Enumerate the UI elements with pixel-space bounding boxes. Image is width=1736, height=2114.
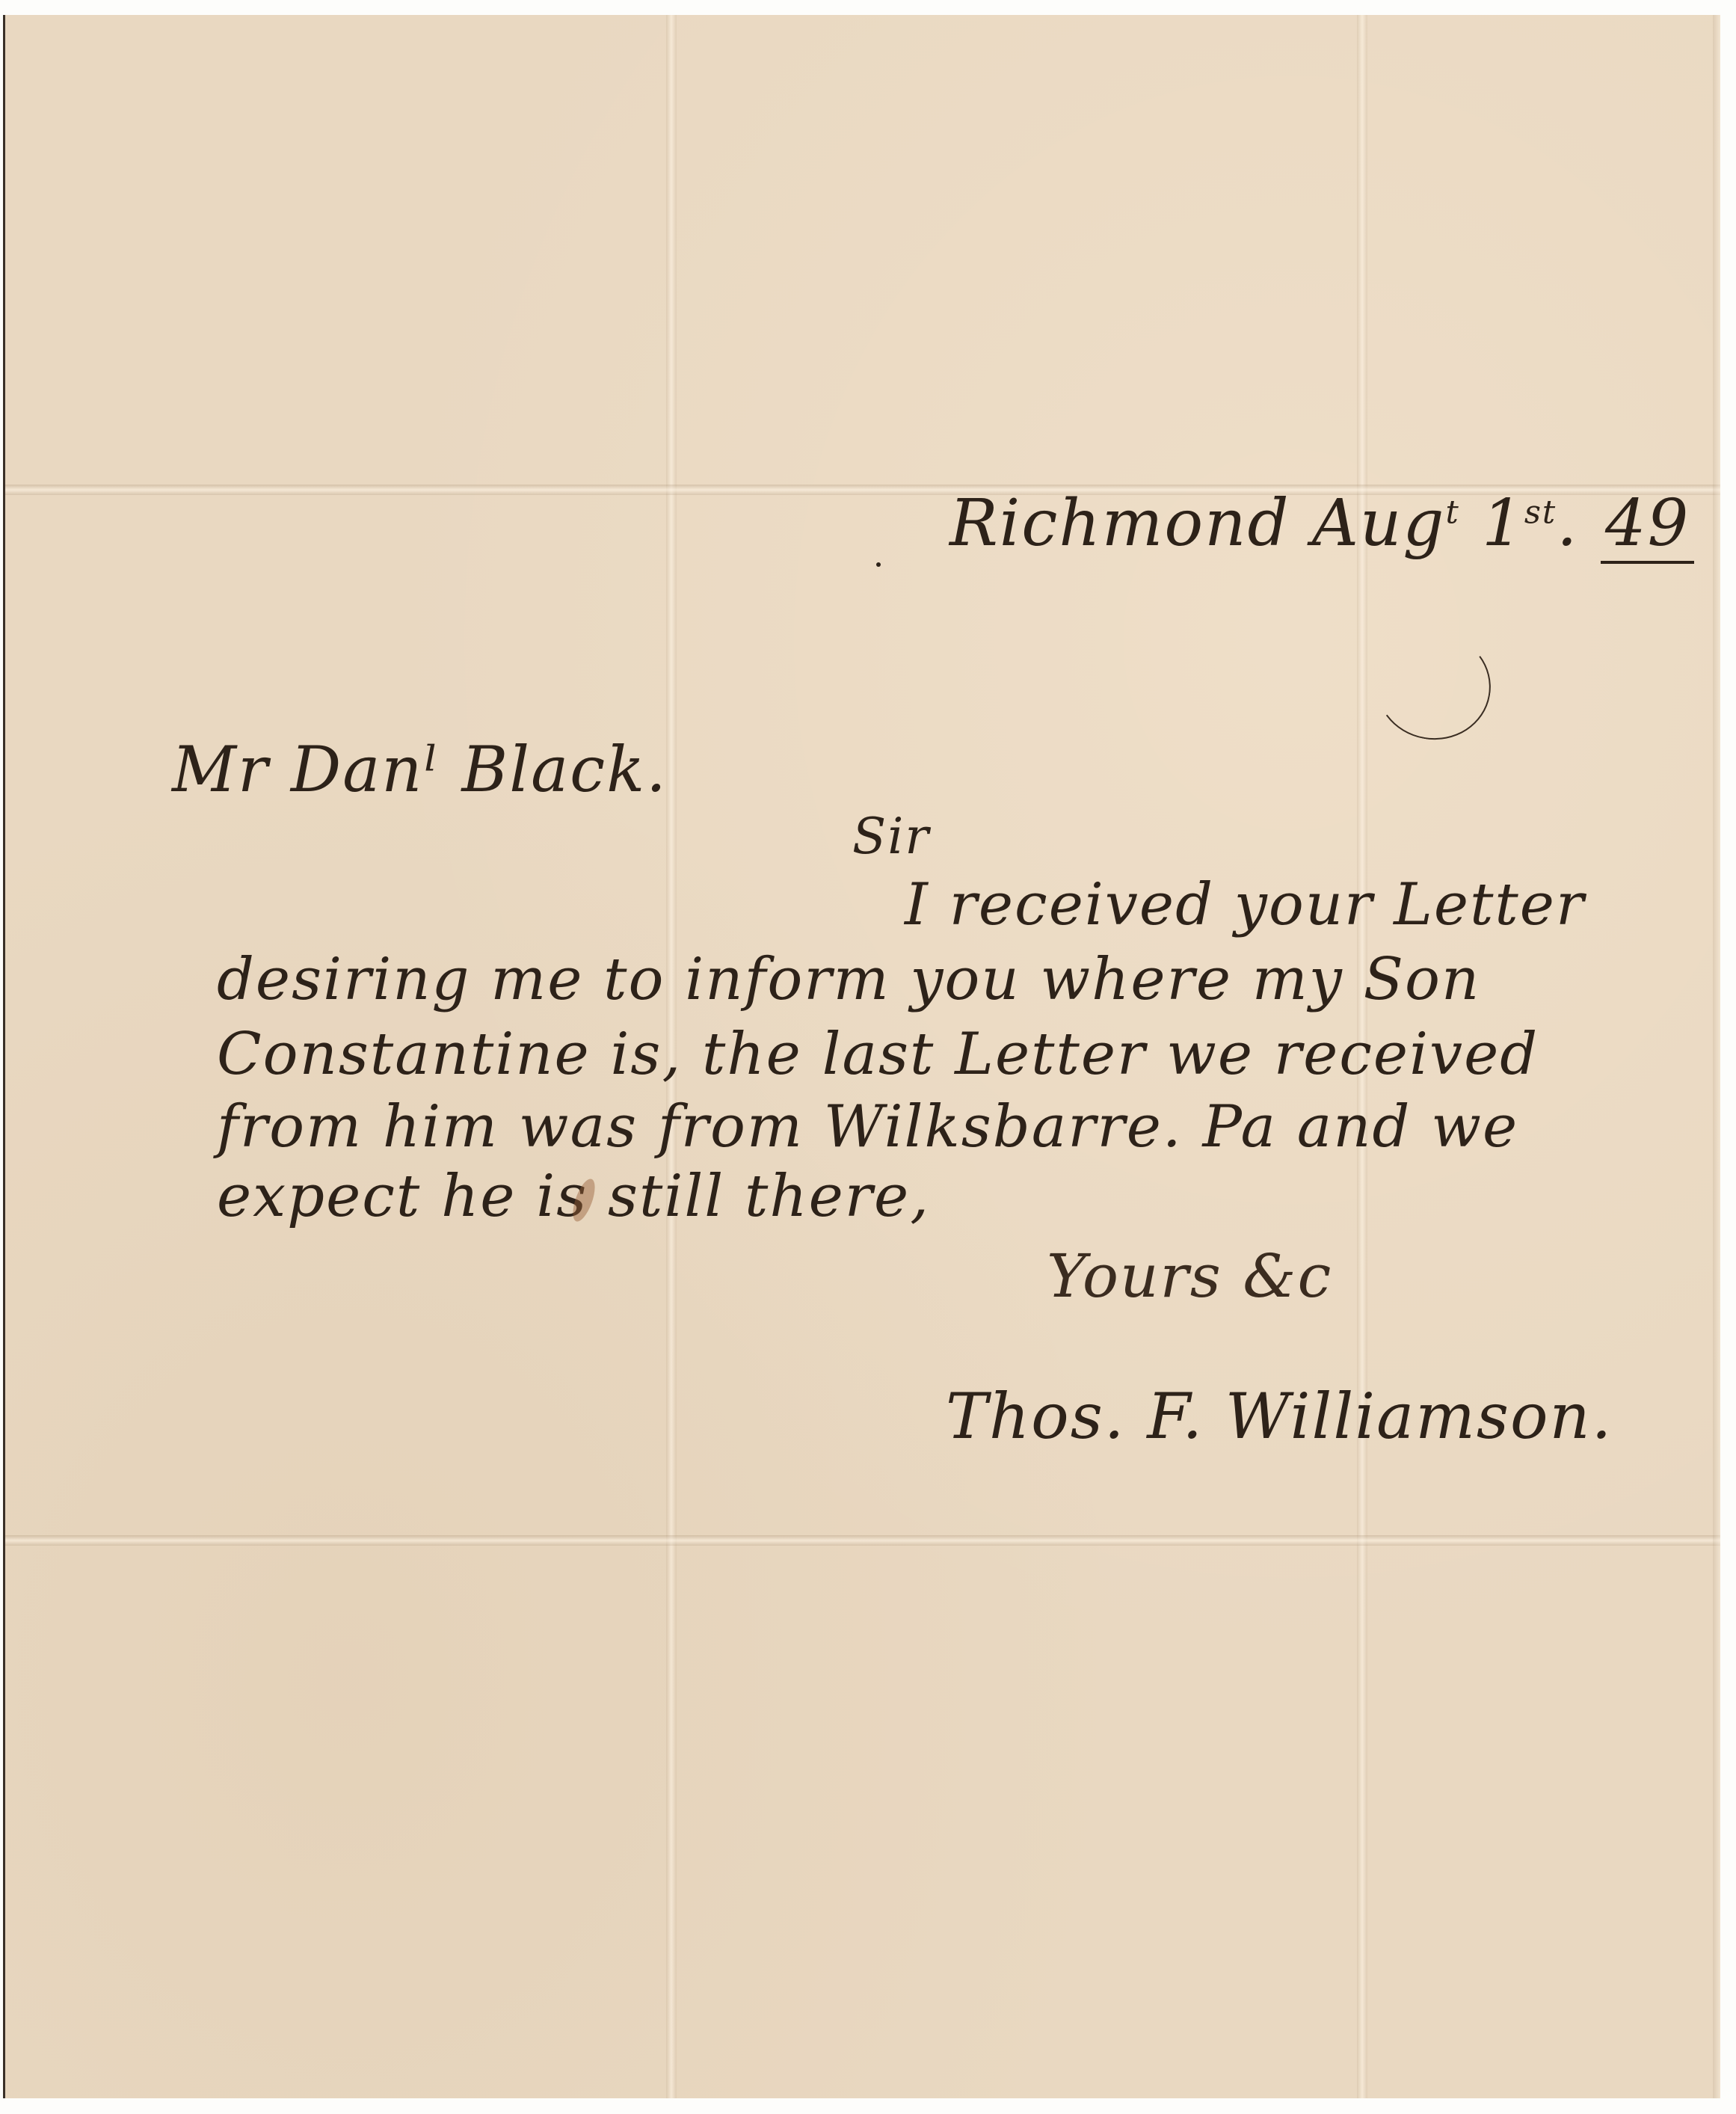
body-line-5: expect he is still there, <box>217 1163 930 1230</box>
date-day: 1st. <box>1482 486 1578 561</box>
body-line-2: desiring me to inform you where my Son <box>217 946 1480 1013</box>
right-edge-fold <box>1713 15 1720 2098</box>
horizontal-fold-bottom <box>5 1535 1720 1546</box>
body-line-1: I received your Letter <box>905 871 1585 938</box>
date-place: Richmond <box>949 486 1290 561</box>
closing: Yours &c <box>1047 1241 1332 1311</box>
body-line-3: Constantine is, the last Letter we recei… <box>217 1021 1539 1088</box>
body-line-4: from him was from Wilksbarre. Pa and we <box>217 1093 1518 1161</box>
dateline: Richmond Augt 1st. 49 <box>949 486 1694 561</box>
salutation: Sir <box>852 808 930 865</box>
date-year: 49 <box>1601 486 1694 564</box>
date-month: Augt <box>1312 486 1460 561</box>
signature: Thos. F. Williamson. <box>946 1380 1613 1453</box>
ink-dot <box>876 562 881 567</box>
addressee: Mr Danˡ Black. <box>172 733 668 806</box>
